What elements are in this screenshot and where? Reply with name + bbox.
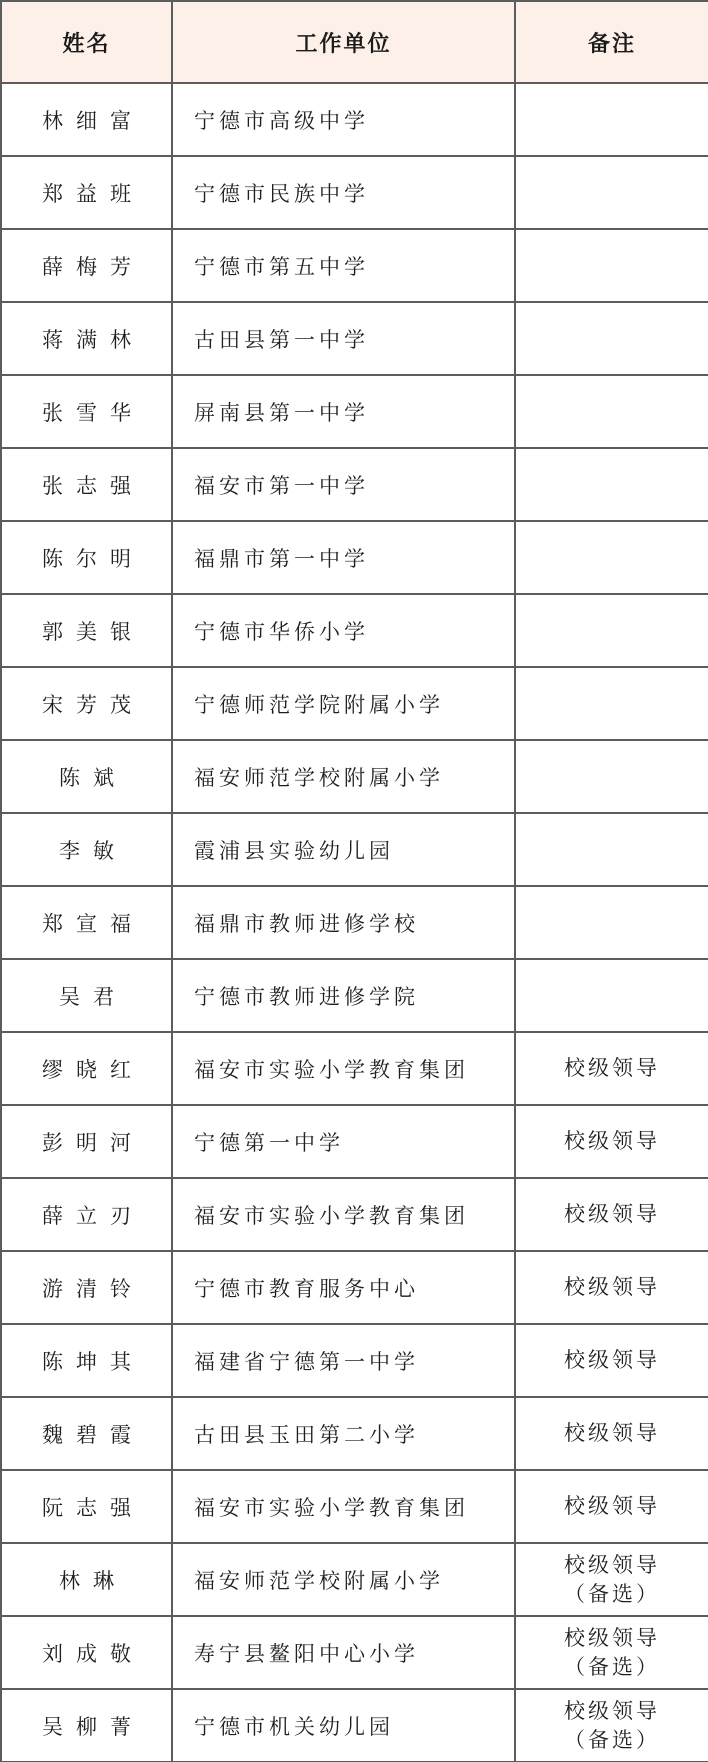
name-cell: 陈斌 [1, 740, 172, 813]
remark-cell [515, 886, 708, 959]
remark-cell [515, 521, 708, 594]
table-row: 李敏霞浦县实验幼儿园 [1, 813, 708, 886]
remark-cell [515, 156, 708, 229]
table-row: 宋芳茂宁德师范学院附属小学 [1, 667, 708, 740]
column-header-unit: 工作单位 [172, 1, 515, 83]
table-row: 陈斌福安师范学校附属小学 [1, 740, 708, 813]
remark-cell: 校级领导 [515, 1178, 708, 1251]
table-row: 陈坤其福建省宁德第一中学校级领导 [1, 1324, 708, 1397]
table-row: 薛梅芳宁德市第五中学 [1, 229, 708, 302]
remark-line: （备选） [517, 1653, 707, 1682]
remark-cell: 校级领导 [515, 1470, 708, 1543]
name-cell: 魏碧霞 [1, 1397, 172, 1470]
unit-cell: 福安市实验小学教育集团 [172, 1470, 515, 1543]
table-row: 林细富宁德市高级中学 [1, 83, 708, 156]
unit-cell: 宁德市华侨小学 [172, 594, 515, 667]
name-cell: 宋芳茂 [1, 667, 172, 740]
table-row: 张雪华屏南县第一中学 [1, 375, 708, 448]
unit-cell: 古田县玉田第二小学 [172, 1397, 515, 1470]
column-header-remark: 备注 [515, 1, 708, 83]
table-row: 郑宣福福鼎市教师进修学校 [1, 886, 708, 959]
table-row: 林琳福安师范学校附属小学校级领导（备选） [1, 1543, 708, 1616]
remark-cell [515, 229, 708, 302]
remark-line: 校级领导 [517, 1551, 707, 1580]
remark-cell: 校级领导 [515, 1397, 708, 1470]
remark-line: （备选） [517, 1726, 707, 1755]
table-row: 刘成敬寿宁县鳌阳中心小学校级领导（备选） [1, 1616, 708, 1689]
table-header: 姓名 工作单位 备注 [1, 1, 708, 83]
unit-cell: 宁德市机关幼儿园 [172, 1689, 515, 1762]
table-row: 游清铃宁德市教育服务中心校级领导 [1, 1251, 708, 1324]
unit-cell: 福安市第一中学 [172, 448, 515, 521]
name-cell: 吴柳菁 [1, 1689, 172, 1762]
name-cell: 李敏 [1, 813, 172, 886]
remark-cell: 校级领导 [515, 1105, 708, 1178]
unit-cell: 福安师范学校附属小学 [172, 740, 515, 813]
remark-line: 校级领导 [517, 1273, 707, 1302]
unit-cell: 寿宁县鳌阳中心小学 [172, 1616, 515, 1689]
table-row: 阮志强福安市实验小学教育集团校级领导 [1, 1470, 708, 1543]
remark-cell: 校级领导 [515, 1324, 708, 1397]
remark-cell [515, 959, 708, 1032]
table-row: 魏碧霞古田县玉田第二小学校级领导 [1, 1397, 708, 1470]
unit-cell: 福建省宁德第一中学 [172, 1324, 515, 1397]
table-row: 郭美银宁德市华侨小学 [1, 594, 708, 667]
column-header-name: 姓名 [1, 1, 172, 83]
table-row: 张志强福安市第一中学 [1, 448, 708, 521]
name-cell: 阮志强 [1, 1470, 172, 1543]
unit-cell: 宁德第一中学 [172, 1105, 515, 1178]
remark-line: 校级领导 [517, 1492, 707, 1521]
unit-cell: 宁德市第五中学 [172, 229, 515, 302]
name-cell: 刘成敬 [1, 1616, 172, 1689]
table-row: 陈尔明福鼎市第一中学 [1, 521, 708, 594]
name-cell: 郭美银 [1, 594, 172, 667]
remark-cell: 校级领导（备选） [515, 1543, 708, 1616]
name-cell: 陈尔明 [1, 521, 172, 594]
name-cell: 薛梅芳 [1, 229, 172, 302]
remark-cell [515, 375, 708, 448]
remark-line: 校级领导 [517, 1697, 707, 1726]
remark-cell: 校级领导 [515, 1032, 708, 1105]
name-cell: 吴君 [1, 959, 172, 1032]
name-cell: 蒋满林 [1, 302, 172, 375]
unit-cell: 宁德师范学院附属小学 [172, 667, 515, 740]
remark-line: 校级领导 [517, 1200, 707, 1229]
remark-cell [515, 448, 708, 521]
remark-cell [515, 667, 708, 740]
unit-cell: 古田县第一中学 [172, 302, 515, 375]
remark-line: 校级领导 [517, 1624, 707, 1653]
table-row: 蒋满林古田县第一中学 [1, 302, 708, 375]
unit-cell: 福安师范学校附属小学 [172, 1543, 515, 1616]
remark-cell: 校级领导（备选） [515, 1616, 708, 1689]
name-cell: 郑益班 [1, 156, 172, 229]
header-row: 姓名 工作单位 备注 [1, 1, 708, 83]
unit-cell: 屏南县第一中学 [172, 375, 515, 448]
name-cell: 张志强 [1, 448, 172, 521]
unit-cell: 霞浦县实验幼儿园 [172, 813, 515, 886]
table-row: 郑益班宁德市民族中学 [1, 156, 708, 229]
unit-cell: 福安市实验小学教育集团 [172, 1178, 515, 1251]
unit-cell: 宁德市教育服务中心 [172, 1251, 515, 1324]
remark-cell [515, 740, 708, 813]
unit-cell: 宁德市教师进修学院 [172, 959, 515, 1032]
remark-line: 校级领导 [517, 1127, 707, 1156]
remark-cell [515, 813, 708, 886]
unit-cell: 福安市实验小学教育集团 [172, 1032, 515, 1105]
name-cell: 薛立刃 [1, 1178, 172, 1251]
name-cell: 陈坤其 [1, 1324, 172, 1397]
name-cell: 林细富 [1, 83, 172, 156]
table-row: 缪晓红福安市实验小学教育集团校级领导 [1, 1032, 708, 1105]
name-cell: 缪晓红 [1, 1032, 172, 1105]
name-cell: 林琳 [1, 1543, 172, 1616]
remark-line: 校级领导 [517, 1054, 707, 1083]
table-body: 林细富宁德市高级中学郑益班宁德市民族中学薛梅芳宁德市第五中学蒋满林古田县第一中学… [1, 83, 708, 1762]
name-cell: 游清铃 [1, 1251, 172, 1324]
name-cell: 彭明河 [1, 1105, 172, 1178]
name-cell: 张雪华 [1, 375, 172, 448]
remark-line: （备选） [517, 1580, 707, 1609]
unit-cell: 宁德市高级中学 [172, 83, 515, 156]
remark-cell [515, 302, 708, 375]
table-row: 彭明河宁德第一中学校级领导 [1, 1105, 708, 1178]
table-row: 薛立刃福安市实验小学教育集团校级领导 [1, 1178, 708, 1251]
remark-cell [515, 594, 708, 667]
name-cell: 郑宣福 [1, 886, 172, 959]
remark-cell [515, 83, 708, 156]
unit-cell: 宁德市民族中学 [172, 156, 515, 229]
document-page: 姓名 工作单位 备注 林细富宁德市高级中学郑益班宁德市民族中学薛梅芳宁德市第五中… [0, 0, 708, 1762]
remark-line: 校级领导 [517, 1346, 707, 1375]
remark-cell: 校级领导 [515, 1251, 708, 1324]
remark-line: 校级领导 [517, 1419, 707, 1448]
unit-cell: 福鼎市教师进修学校 [172, 886, 515, 959]
table-row: 吴君宁德市教师进修学院 [1, 959, 708, 1032]
remark-cell: 校级领导（备选） [515, 1689, 708, 1762]
unit-cell: 福鼎市第一中学 [172, 521, 515, 594]
table-row: 吴柳菁宁德市机关幼儿园校级领导（备选） [1, 1689, 708, 1762]
roster-table: 姓名 工作单位 备注 林细富宁德市高级中学郑益班宁德市民族中学薛梅芳宁德市第五中… [0, 0, 708, 1762]
